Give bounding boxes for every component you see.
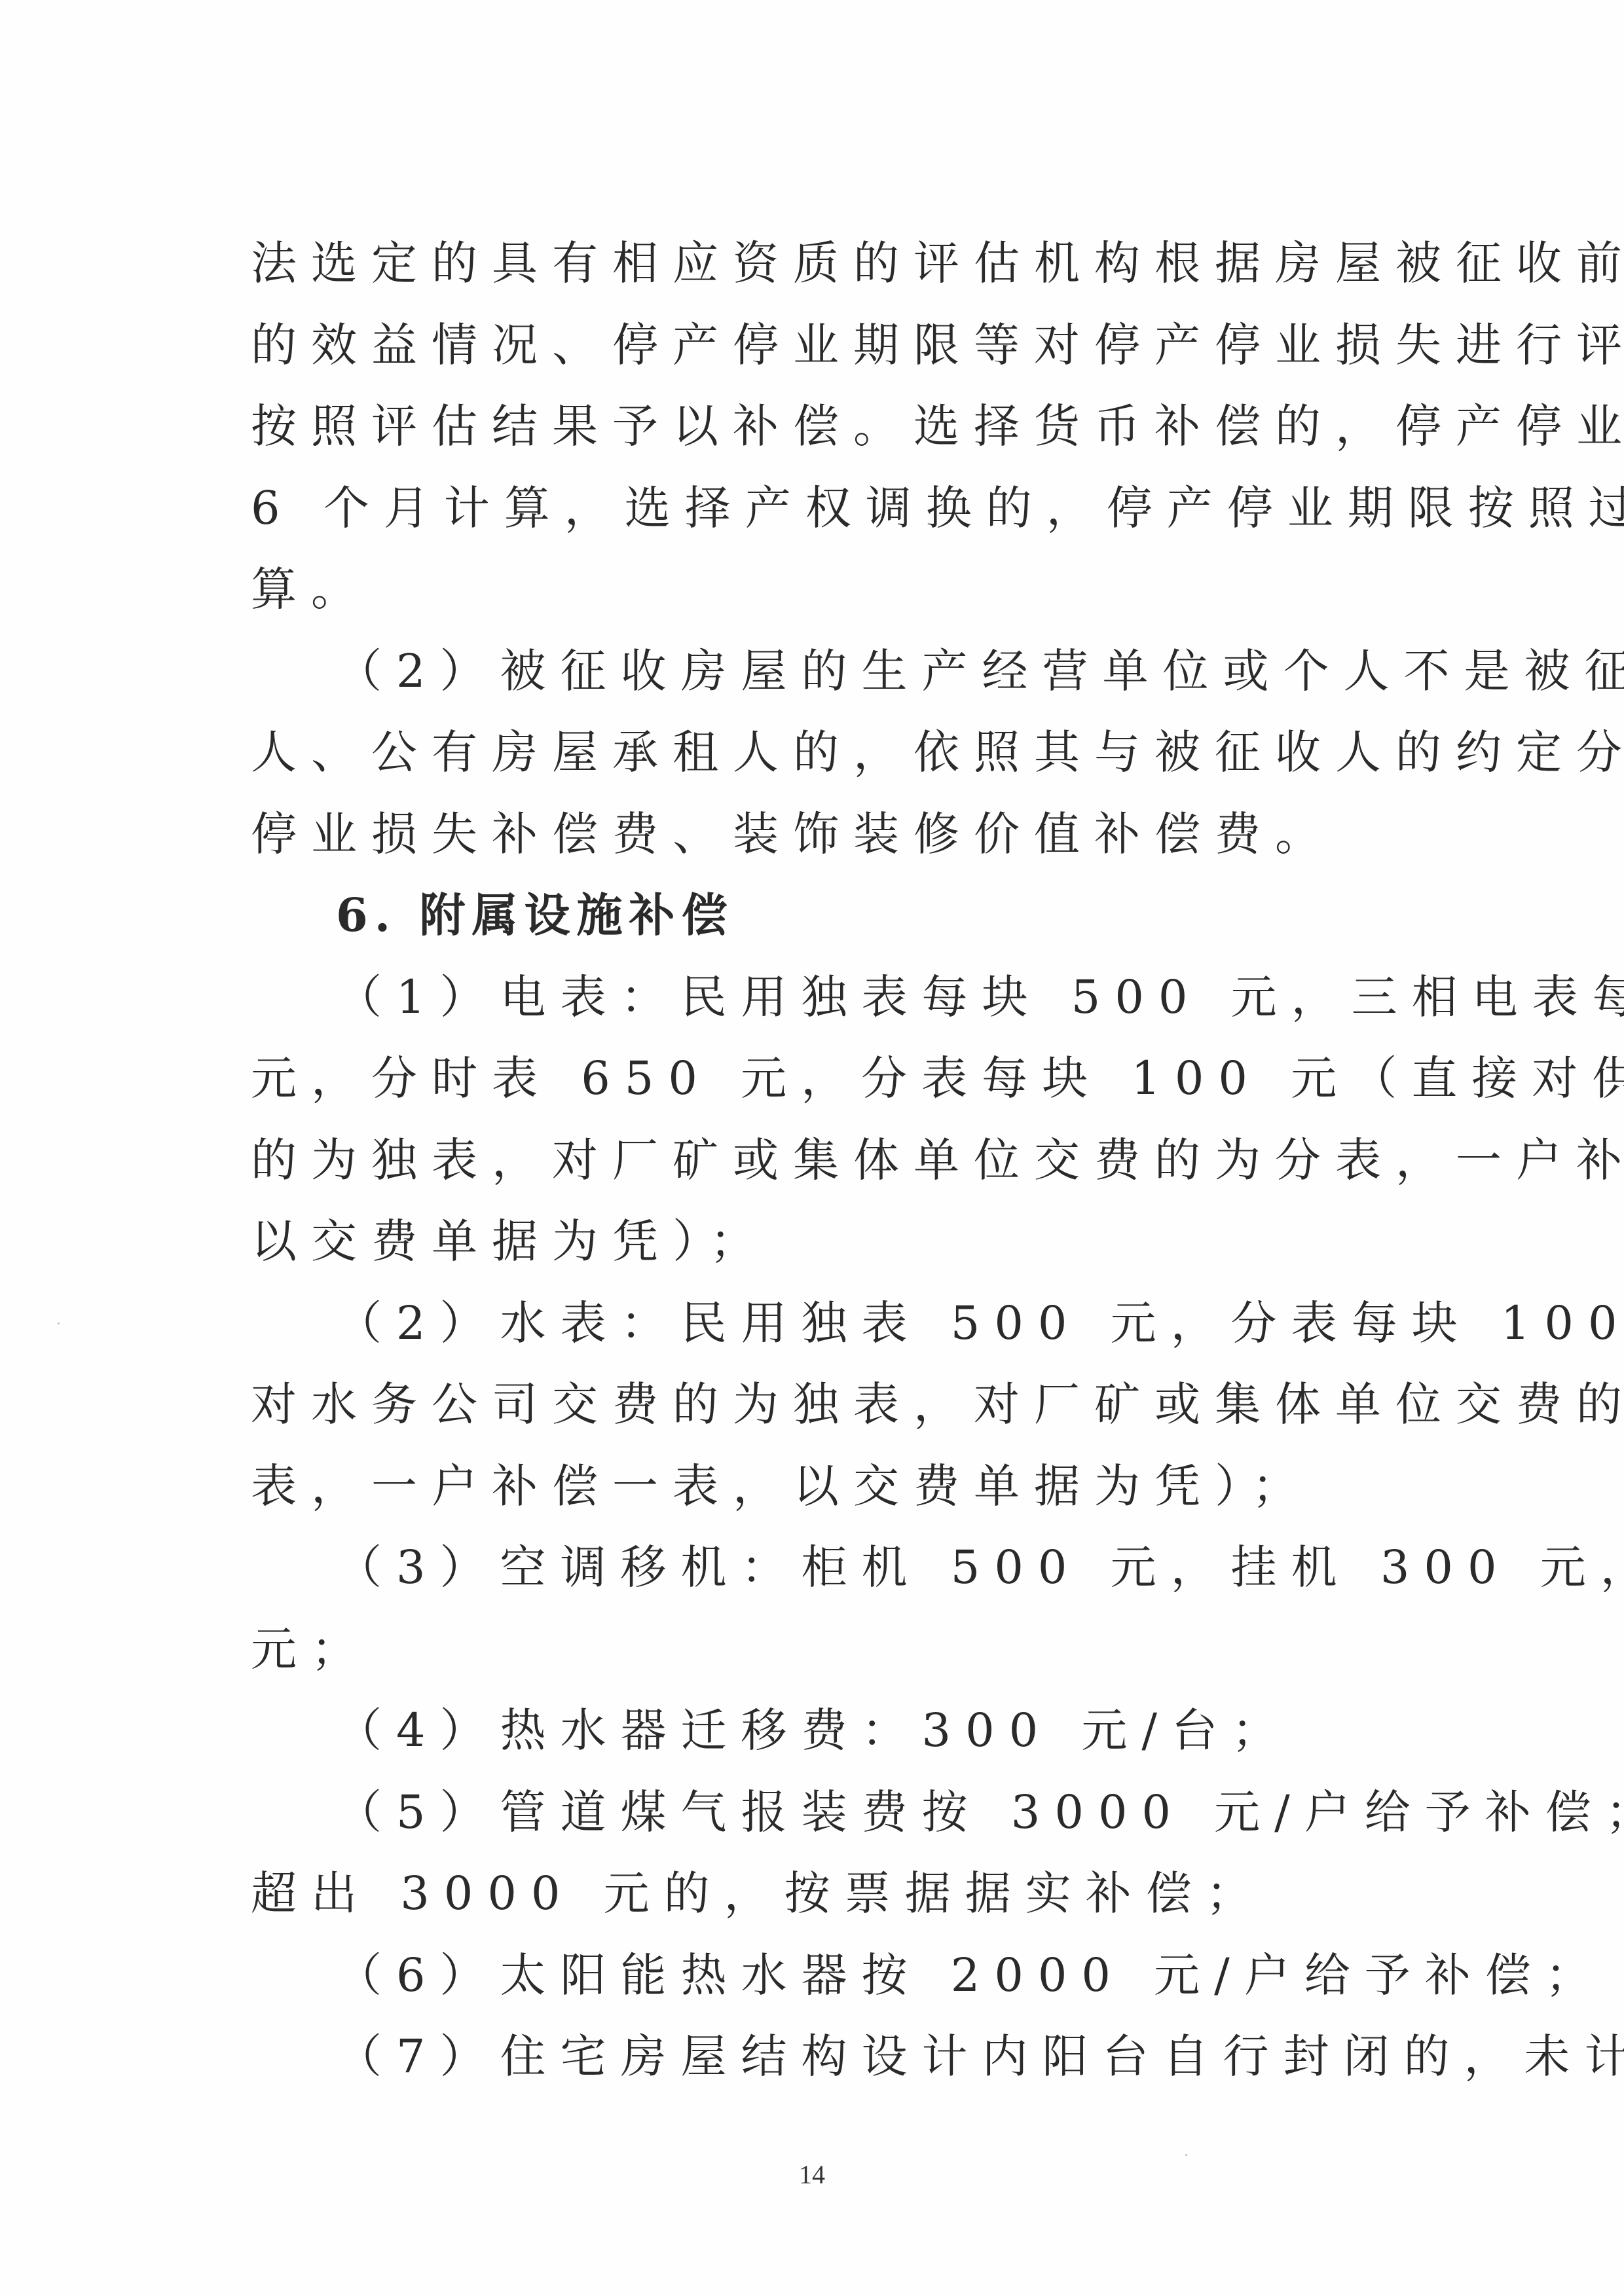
- paragraph-line: 6 个月计算，选择产权调换的，停产停业期限按照过渡期计: [251, 467, 1377, 549]
- paragraph-line: 元；: [251, 1609, 1377, 1690]
- paragraph-line: 法选定的具有相应资质的评估机构根据房屋被征收前三年: [251, 223, 1377, 304]
- paragraph-line: 停业损失补偿费、装饰装修价值补偿费。: [251, 793, 1377, 875]
- paragraph-line: 超出 3000 元的，按票据据实补偿；: [251, 1853, 1377, 1935]
- paragraph-line: 的为独表，对厂矿或集体单位交费的为分表，一户补偿一表，: [251, 1120, 1377, 1201]
- paragraph-line: 的效益情况、停产停业期限等对停产停业损失进行评估，并: [251, 304, 1377, 386]
- section-heading: 6. 附属设施补偿: [251, 875, 1377, 957]
- scan-speck: [58, 1322, 60, 1324]
- paragraph-line: 以交费单据为凭）；: [251, 1201, 1377, 1283]
- paragraph-line: 人、公有房屋承租人的，依照其与被征收人的约定分配停产: [251, 712, 1377, 793]
- list-item-air-conditioner: （3）空调移机：柜机 500 元，挂机 300 元，窗机 200: [251, 1527, 1377, 1609]
- paragraph-line: （2）被征收房屋的生产经营单位或个人不是被征收: [251, 630, 1377, 712]
- scan-speck: [1185, 2154, 1187, 2156]
- paragraph-line: 表，一户补偿一表，以交费单据为凭）；: [251, 1446, 1377, 1527]
- paragraph-line: 按照评估结果予以补偿。选择货币补偿的，停产停业期限按: [251, 386, 1377, 467]
- paragraph-line: 元，分时表 650 元，分表每块 100 元（直接对供电公司交费: [251, 1038, 1377, 1120]
- paragraph-line: 对水务公司交费的为独表，对厂矿或集体单位交费的为分: [251, 1364, 1377, 1446]
- list-item-gas-pipeline: （5）管道煤气报装费按 3000 元/户给予补偿；报装费: [251, 1772, 1377, 1853]
- page-number: 14: [0, 2159, 1624, 2190]
- paragraph-line: 算。: [251, 549, 1377, 630]
- list-item-balcony: （7）住宅房屋结构设计内阳台自行封闭的，未计入房: [251, 2016, 1377, 2098]
- list-item-solar-heater: （6）太阳能热水器按 2000 元/户给予补偿；: [251, 1935, 1377, 2016]
- document-page: 法选定的具有相应资质的评估机构根据房屋被征收前三年 的效益情况、停产停业期限等对…: [0, 0, 1624, 2296]
- list-item-electric-meter: （1）电表：民用独表每块 500 元，三相电表每块 980: [251, 957, 1377, 1038]
- list-item-water-meter: （2）水表：民用独表 500 元，分表每块 100 元（直接: [251, 1283, 1377, 1364]
- document-body: 法选定的具有相应资质的评估机构根据房屋被征收前三年 的效益情况、停产停业期限等对…: [251, 223, 1377, 2098]
- list-item-water-heater: （4）热水器迁移费：300 元/台；: [251, 1690, 1377, 1772]
